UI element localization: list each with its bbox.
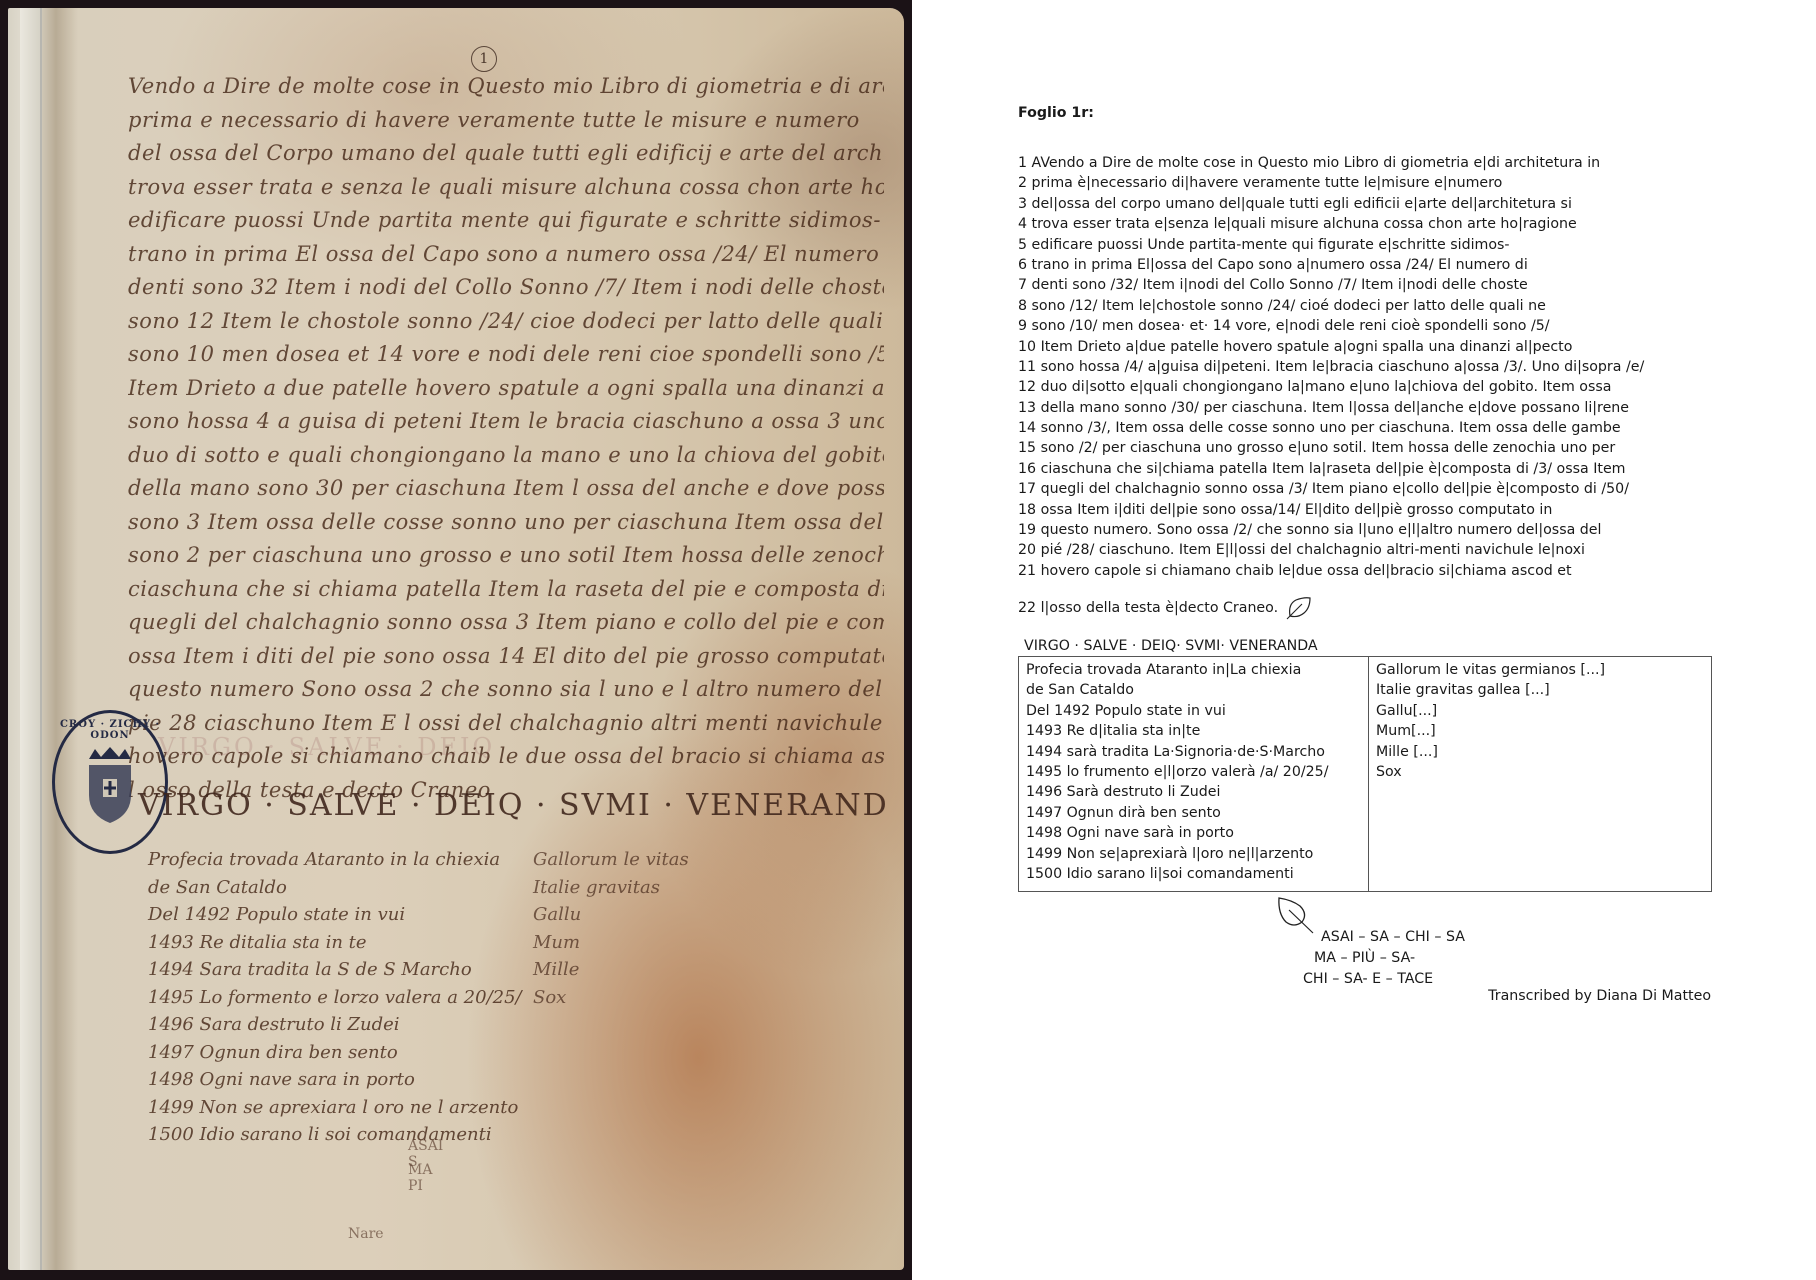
handwriting-line: ciaschuna che si chiama patella Item la …: [128, 573, 884, 607]
transcription-line: 19 questo numero. Sono ossa /2/ che sonn…: [1018, 520, 1718, 540]
transcription-line: 16 ciaschuna che si|chiama patella Item …: [1018, 459, 1718, 479]
transcription-line: 4 trova esser trata e|senza le|quali mis…: [1018, 214, 1718, 234]
handwriting-line: sono 2 per ciaschuna uno grosso e uno so…: [128, 539, 884, 573]
transcription-line: 7 denti sono /32/ Item i|nodi del Collo …: [1018, 275, 1718, 295]
leaf-icon: [1276, 896, 1316, 934]
folio-number-circle: 1: [471, 46, 497, 72]
transcription-line: 9 sono /10/ men dosea· et· 14 vore, e|no…: [1018, 316, 1718, 336]
manuscript-heading: VIRGO · SALVE · DEIQ · SVMI · VENERAND: [138, 788, 889, 823]
transcription-line: 18 ossa Item i|diti del|pie sono ossa/14…: [1018, 500, 1718, 520]
table-cell: Gallu[...]: [1376, 701, 1704, 721]
transcription-line: 15 sono /2/ per ciaschuna uno grosso e|u…: [1018, 438, 1718, 458]
handwriting-line: sono hossa 4 a guisa di peteni Item le b…: [128, 405, 884, 439]
prophecy-hand-line: Profecia trovada Ataranto in la chiexia: [148, 846, 522, 874]
handwriting-line: sono 10 men dosea et 14 vore e nodi dele…: [128, 338, 884, 372]
motto-line: CHI – SA- E – TACE: [1303, 971, 1433, 987]
transcription-last-text: 22 l|osso della testa è|decto Craneo.: [1018, 598, 1278, 618]
prophecy-column-left: Profecia trovada Ataranto in|La chiexia …: [1019, 657, 1369, 891]
table-cell: 1497 Ognun dirà ben sento: [1026, 803, 1361, 823]
transcription-line-last: 22 l|osso della testa è|decto Craneo.: [1018, 598, 1718, 618]
motto-line: MA – PIÙ – SA-: [1314, 950, 1415, 966]
manuscript-prophecy-left: Profecia trovada Ataranto in la chiexia …: [148, 846, 522, 1149]
table-cell: Del 1492 Populo state in vui: [1026, 701, 1361, 721]
table-cell: Sox: [1376, 762, 1704, 782]
manuscript-spine: [20, 8, 42, 1270]
transcription-line: 8 sono /12/ Item le|chostole sonno /24/ …: [1018, 296, 1718, 316]
handwriting-line: ossa Item i diti del pie sono ossa 14 El…: [128, 640, 884, 674]
coat-of-arms-icon: [83, 745, 137, 825]
prophecy-hand-line: Italie gravitas: [533, 874, 689, 902]
prophecy-hand-line: 1495 Lo formento e lorzo valera a 20/25/: [148, 984, 522, 1012]
table-cell: 1495 lo frumento e|l|orzo valerà /a/ 20/…: [1026, 762, 1361, 782]
prophecy-hand-line: 1496 Sara destruto li Zudei: [148, 1011, 522, 1039]
prophecy-hand-line: 1497 Ognun dira ben sento: [148, 1039, 522, 1067]
handwriting-line: denti sono 32 Item i nodi del Collo Sonn…: [128, 271, 884, 305]
stamp-text: CROY · ZICHY · ODON: [55, 719, 165, 741]
prophecy-hand-line: 1493 Re ditalia sta in te: [148, 929, 522, 957]
handwriting-line: Item Drieto a due patelle hovero spatule…: [128, 372, 884, 406]
handwriting-line: trano in prima El ossa del Capo sono a n…: [128, 238, 884, 272]
prophecy-hand-line: de San Cataldo: [148, 874, 522, 902]
manuscript-page-image: 1 Vendo a Dire de molte cose in Questo m…: [8, 8, 904, 1270]
transcription-line: 17 quegli del chalchagnio sonno ossa /3/…: [1018, 479, 1718, 499]
table-cell: Profecia trovada Ataranto in|La chiexia: [1026, 660, 1361, 680]
table-cell: 1499 Non se|aprexiarà l|oro ne|l|arzento: [1026, 844, 1361, 864]
table-cell: Gallorum le vitas germianos [...]: [1376, 660, 1704, 680]
handwriting-line: del ossa del Corpo umano del quale tutti…: [128, 137, 884, 171]
transcription-line: 21 hovero capole si chiamano chaib le|du…: [1018, 561, 1718, 581]
handwriting-line: sono 3 Item ossa delle cosse sonno uno p…: [128, 506, 884, 540]
handwriting-line: duo di sotto e quali chongiongano la man…: [128, 439, 884, 473]
prophecy-hand-line: 1499 Non se aprexiara l oro ne l arzento: [148, 1094, 522, 1122]
prophecy-hand-line: Mille: [533, 956, 689, 984]
handwriting-line: quegli del chalchagnio sonno ossa 3 Item…: [128, 606, 884, 640]
prophecy-hand-line: 1500 Idio sarano li soi comandamenti: [148, 1121, 522, 1149]
transcription-line: 1 AVendo a Dire de molte cose in Questo …: [1018, 153, 1718, 173]
prophecy-table: Profecia trovada Ataranto in|La chiexia …: [1018, 656, 1712, 892]
prophecy-hand-line: Sox: [533, 984, 689, 1012]
handwriting-line: sono 12 Item le chostole sonno /24/ cioe…: [128, 305, 884, 339]
table-cell: 1493 Re d|italia sta in|te: [1026, 721, 1361, 741]
prophecy-hand-line: Del 1492 Populo state in vui: [148, 901, 522, 929]
transcription-line: 5 edificare puossi Unde partita-mente qu…: [1018, 235, 1718, 255]
transcriber-credit: Transcribed by Diana Di Matteo: [1488, 988, 1711, 1004]
motto-line: ASAI – SA – CHI – SA: [1321, 929, 1465, 945]
faded-heading: VIRGO · SALVE · DEIQ: [158, 733, 495, 761]
transcription-line: 2 prima è|necessario di|havere veramente…: [1018, 173, 1718, 193]
bottom-mark: Nare: [348, 1226, 384, 1242]
leaf-icon: [1286, 596, 1312, 620]
table-cell: de San Cataldo: [1026, 680, 1361, 700]
table-cell: 1500 Idio sarano li|soi comandamenti: [1026, 864, 1361, 884]
transcription-line: 10 Item Drieto a|due patelle hovero spat…: [1018, 337, 1718, 357]
handwriting-line: prima e necessario di havere veramente t…: [128, 104, 884, 138]
transcription-line: 11 sono hossa /4/ a|guisa di|peteni. Ite…: [1018, 357, 1718, 377]
transcription-panel: Foglio 1r: 1 AVendo a Dire de molte cose…: [1018, 103, 1718, 619]
folio-title: Foglio 1r:: [1018, 103, 1718, 123]
table-cell: Mille [...]: [1376, 742, 1704, 762]
handwriting-line: trova esser trata e senza le quali misur…: [128, 171, 884, 205]
transcription-line: 13 della mano sonno /30/ per ciaschuna. …: [1018, 398, 1718, 418]
prophecy-hand-line: Gallorum le vitas: [533, 846, 689, 874]
motto-heading: VIRGO · SALVE · DEIQ· SVMI· VENERANDA: [1024, 638, 1318, 654]
transcription-line: 12 duo di|sotto e|quali chongiongano la|…: [1018, 377, 1718, 397]
handwriting-line: Vendo a Dire de molte cose in Questo mio…: [128, 70, 884, 104]
manuscript-prophecy-right: Gallorum le vitas Italie gravitas Gallu …: [533, 846, 689, 1011]
transcription-line: 20 pié /28/ ciaschuno. Item E|l|ossi del…: [1018, 540, 1718, 560]
handwriting-line: questo numero Sono ossa 2 che sonno sia …: [128, 673, 884, 707]
table-cell: 1496 Sarà destruto li Zudei: [1026, 782, 1361, 802]
manuscript-scan-frame: 1 Vendo a Dire de molte cose in Questo m…: [0, 0, 912, 1280]
handwriting-line: della mano sono 30 per ciaschuna Item l …: [128, 472, 884, 506]
bottom-mark: MA PI: [408, 1162, 432, 1194]
transcription-line: 3 del|ossa del corpo umano del|quale tut…: [1018, 194, 1718, 214]
handwriting-line: edificare puossi Unde partita mente qui …: [128, 204, 884, 238]
library-stamp: CROY · ZICHY · ODON: [52, 710, 168, 854]
prophecy-hand-line: Gallu: [533, 901, 689, 929]
transcription-line: 6 trano in prima El|ossa del Capo sono a…: [1018, 255, 1718, 275]
table-cell: 1494 sarà tradita La·Signoria·de·S·March…: [1026, 742, 1361, 762]
prophecy-hand-line: Mum: [533, 929, 689, 957]
table-cell: Italie gravitas gallea [...]: [1376, 680, 1704, 700]
table-cell: 1498 Ogni nave sarà in porto: [1026, 823, 1361, 843]
prophecy-hand-line: 1498 Ogni nave sara in porto: [148, 1066, 522, 1094]
transcription-line: 14 sonno /3/, Item ossa delle cosse sonn…: [1018, 418, 1718, 438]
prophecy-hand-line: 1494 Sara tradita la S de S Marcho: [148, 956, 522, 984]
prophecy-column-right: Gallorum le vitas germianos [...] Italie…: [1369, 657, 1711, 891]
manuscript-handwriting: Vendo a Dire de molte cose in Questo mio…: [128, 70, 884, 807]
table-cell: Mum[...]: [1376, 721, 1704, 741]
